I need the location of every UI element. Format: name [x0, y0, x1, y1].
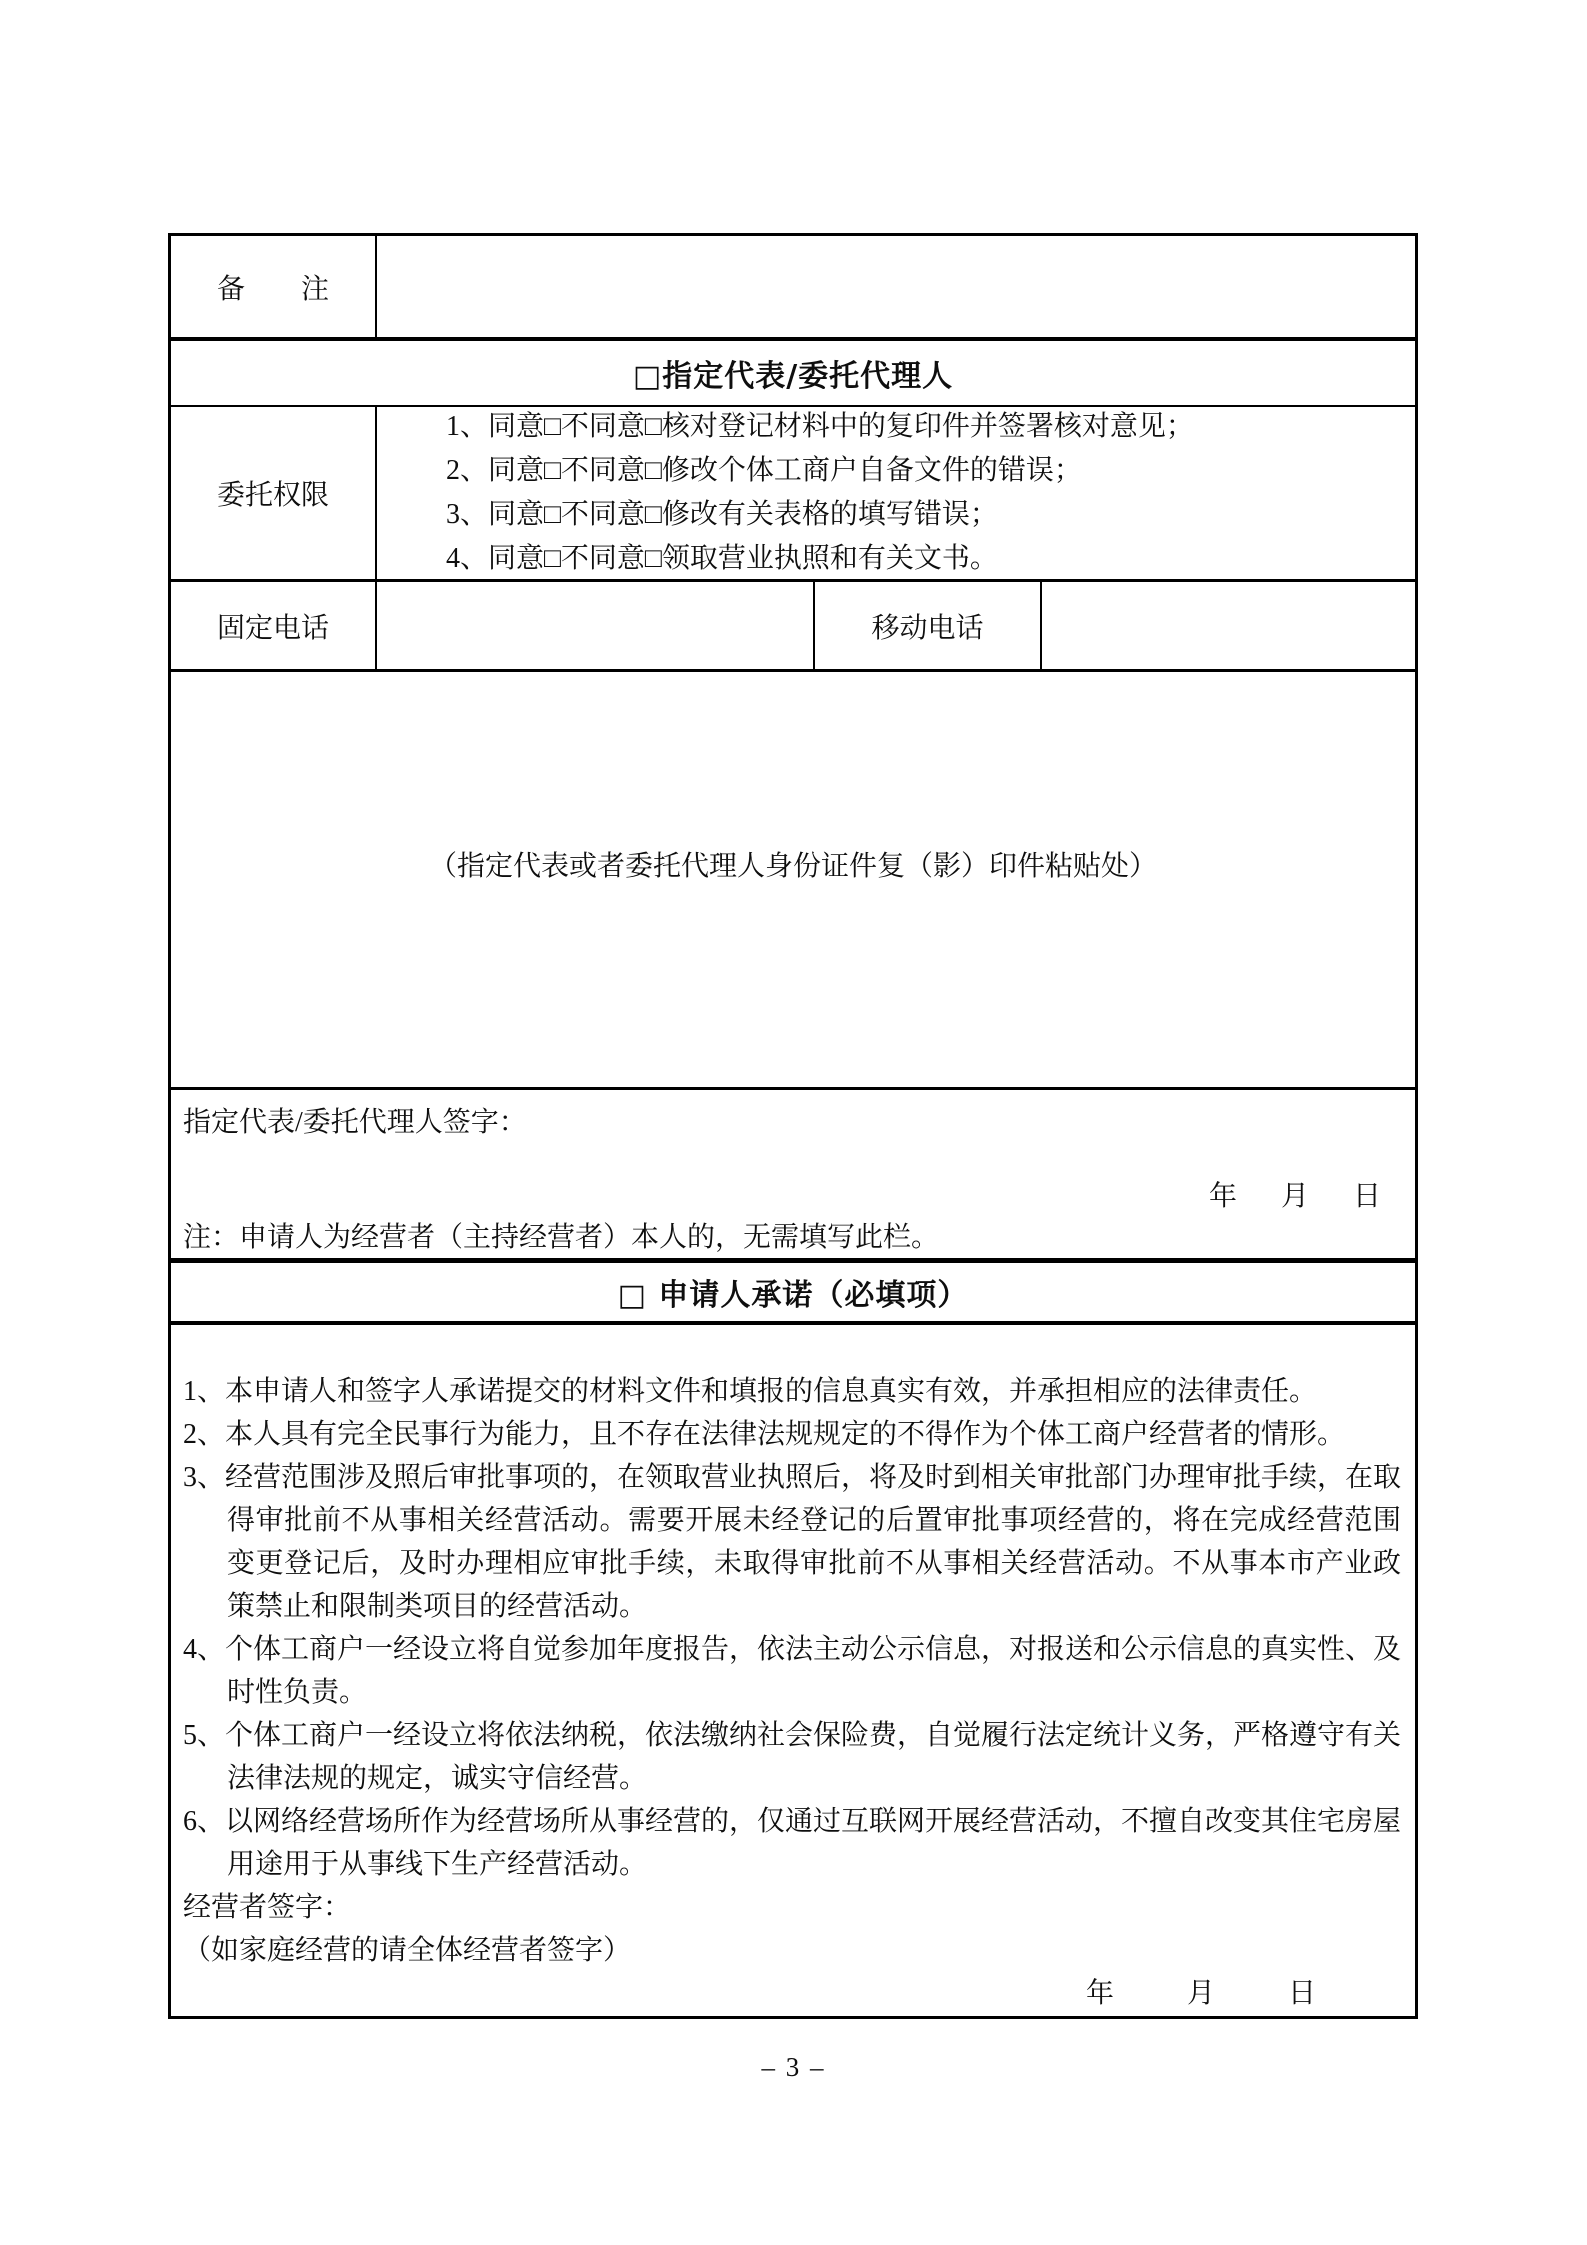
phone-row: 固定电话 移动电话 [171, 582, 1415, 672]
agent-section-header: □指定代表/委托代理人 [171, 341, 1415, 407]
commitment-body: 1、本申请人和签字人承诺提交的材料文件和填报的信息真实有效，并承担相应的法律责任… [171, 1325, 1415, 2016]
authority-item-2: 2、同意□不同意□修改个体工商户自备文件的错误； [446, 449, 1415, 493]
remark-label: 备 注 [171, 236, 377, 337]
mobile-phone-value-area [1042, 582, 1415, 669]
commitment-item-4: 4、个体工商户一经设立将自觉参加年度报告，依法主动公示信息，对报送和公示信息的真… [183, 1628, 1401, 1714]
page-number: – 3 – [0, 2052, 1587, 2083]
authority-item-1: 1、同意□不同意□核对登记材料中的复印件并签署核对意见； [446, 405, 1415, 449]
day-label: 日 [1288, 1972, 1316, 2015]
commitment-item-1: 1、本申请人和签字人承诺提交的材料文件和填报的信息真实有效，并承担相应的法律责任… [183, 1370, 1401, 1413]
id-copy-paste-note: （指定代表或者委托代理人身份证件复（影）印件粘贴处） [429, 844, 1157, 884]
registration-form-table: 备 注 □指定代表/委托代理人 委托权限 1、同意□不同意□核对登记材料中的复印… [168, 233, 1418, 2019]
authority-item-4: 4、同意□不同意□领取营业执照和有关文书。 [446, 537, 1415, 581]
operator-signature-note: （如家庭经营的请全体经营者签字） [183, 1929, 1401, 1972]
remark-value-area [377, 236, 1415, 337]
commitment-row: 1、本申请人和签字人承诺提交的材料文件和填报的信息真实有效，并承担相应的法律责任… [171, 1325, 1415, 2016]
authority-item-3: 3、同意□不同意□修改有关表格的填写错误； [446, 493, 1415, 537]
authority-label: 委托权限 [171, 407, 377, 579]
agent-signature-label: 指定代表/委托代理人签字： [183, 1100, 527, 1140]
year-label: 年 [1086, 1972, 1114, 2015]
agent-signature-note: 注：申请人为经营者（主持经营者）本人的，无需填写此栏。 [183, 1215, 939, 1255]
fixed-phone-label: 固定电话 [171, 582, 377, 669]
month-label: 月 [1187, 1972, 1215, 2015]
year-label: 年 [1209, 1174, 1237, 1214]
operator-signature-label: 经营者签字： [183, 1886, 1401, 1929]
id-copy-paste-area: （指定代表或者委托代理人身份证件复（影）印件粘贴处） [171, 672, 1415, 1090]
form-page: 备 注 □指定代表/委托代理人 委托权限 1、同意□不同意□核对登记材料中的复印… [0, 0, 1587, 2245]
commitment-date-line: 年 月 日 [183, 1972, 1316, 2015]
authority-row: 委托权限 1、同意□不同意□核对登记材料中的复印件并签署核对意见； 2、同意□不… [171, 407, 1415, 582]
commitment-item-2: 2、本人具有完全民事行为能力，且不存在法律法规规定的不得作为个体工商户经营者的情… [183, 1413, 1401, 1456]
month-label: 月 [1281, 1174, 1309, 1214]
agent-signature-row: 指定代表/委托代理人签字： 年 月 日 注：申请人为经营者（主持经营者）本人的，… [171, 1090, 1415, 1263]
remark-row: 备 注 [171, 236, 1415, 341]
day-label: 日 [1353, 1174, 1381, 1214]
commitment-item-3: 3、经营范围涉及照后审批事项的，在领取营业执照后，将及时到相关审批部门办理审批手… [183, 1456, 1401, 1628]
agent-signature-date-line: 年 月 日 [1209, 1174, 1381, 1214]
commitment-item-6: 6、以网络经营场所作为经营场所从事经营的，仅通过互联网开展经营活动，不擅自改变其… [183, 1800, 1401, 1886]
authority-items: 1、同意□不同意□核对登记材料中的复印件并签署核对意见； 2、同意□不同意□修改… [377, 407, 1415, 579]
mobile-phone-label: 移动电话 [815, 582, 1042, 669]
commitment-item-5: 5、个体工商户一经设立将依法纳税，依法缴纳社会保险费，自觉履行法定统计义务，严格… [183, 1714, 1401, 1800]
fixed-phone-value-area [377, 582, 815, 669]
commitment-section-header: □ 申请人承诺（必填项） [171, 1263, 1415, 1325]
